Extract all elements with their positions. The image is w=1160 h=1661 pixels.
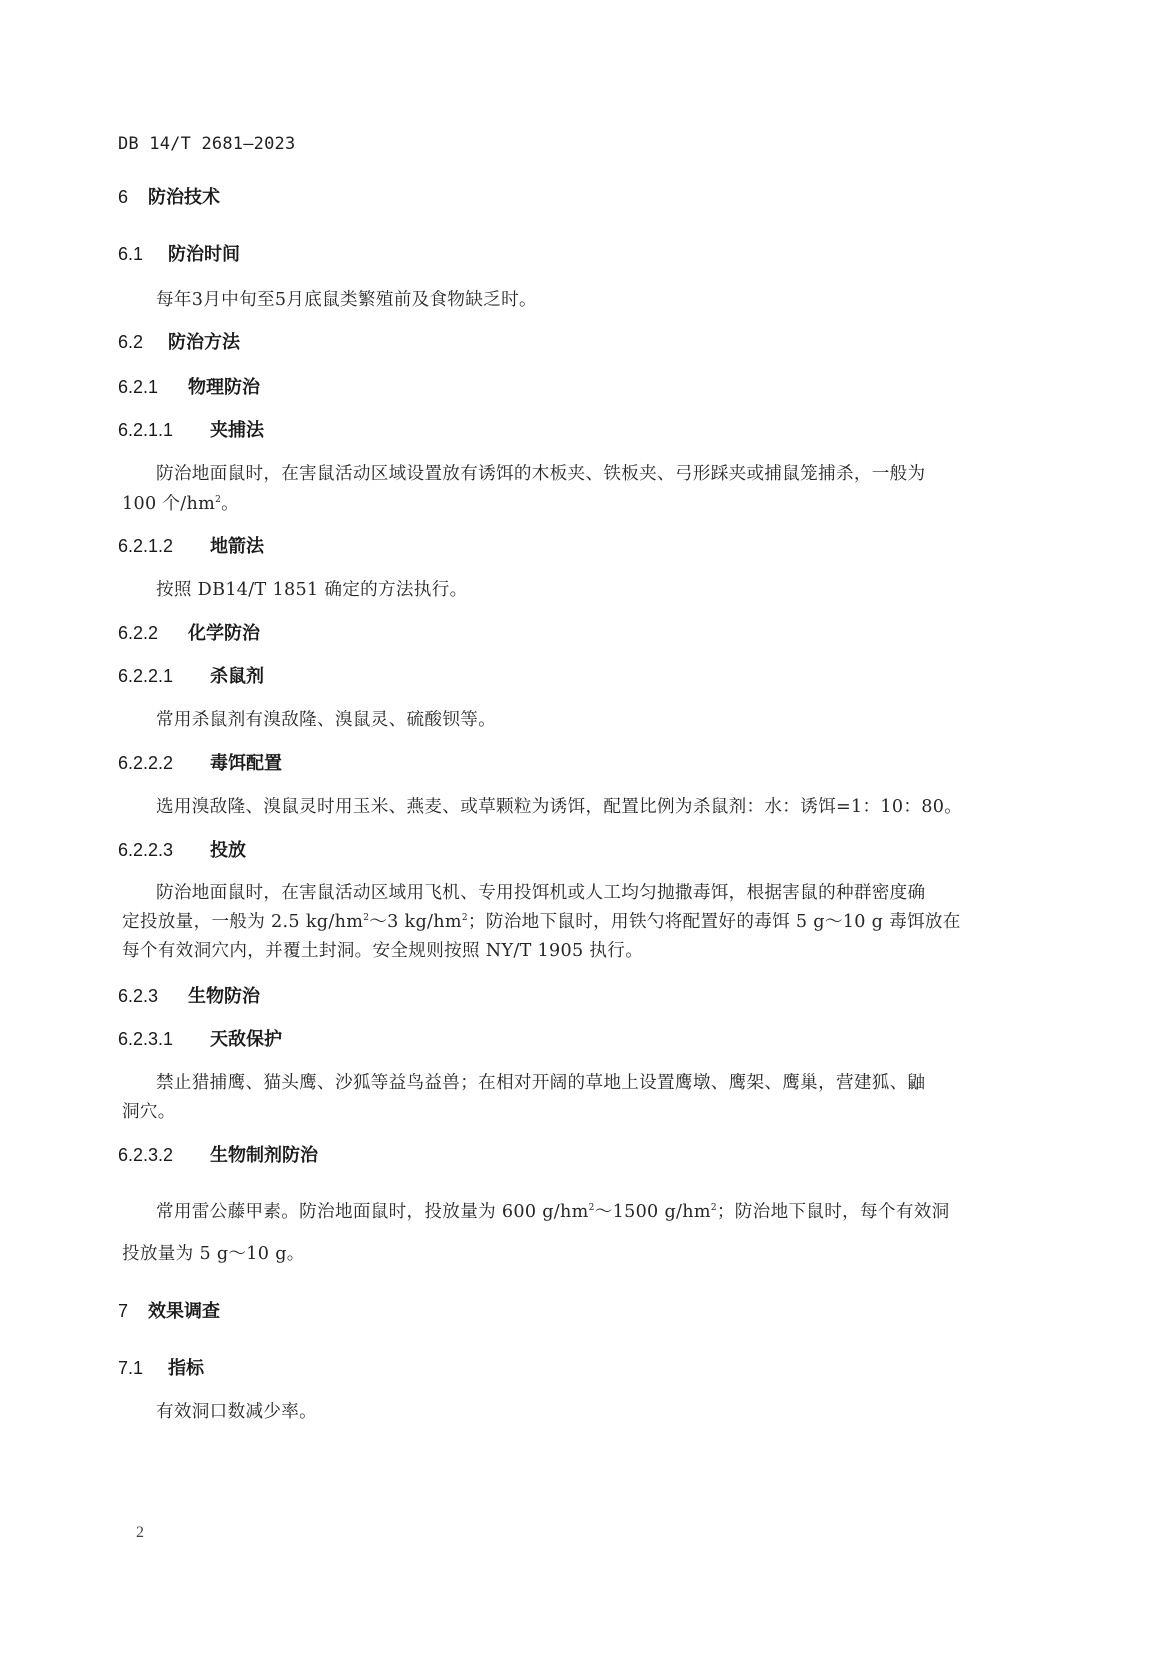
body-text: ～1500 g/hm	[595, 1202, 711, 1222]
section-number: 6.2.3.2	[118, 1145, 210, 1166]
section-title: 指标	[168, 1358, 204, 1379]
body-text: 定投放量，一般为 2.5 kg/hm	[122, 912, 363, 932]
section-number: 6.2.1.1	[118, 420, 210, 441]
section-6-1-body: 每年3月中旬至5月底鼠类繁殖前及食物缺乏时。	[156, 286, 537, 311]
section-title: 效果调查	[148, 1301, 220, 1322]
section-6-2-3-2-body-line-1: 常用雷公藤甲素。防治地面鼠时，投放量为 600 g/hm2～1500 g/hm2…	[156, 1198, 950, 1223]
section-title: 物理防治	[188, 377, 260, 398]
section-number: 6	[118, 187, 148, 208]
body-text: 。	[221, 494, 239, 514]
section-number: 7	[118, 1301, 148, 1322]
section-6-2-2-3-body-line-1: 防治地面鼠时，在害鼠活动区域用飞机、专用投饵机或人工均匀抛撒毒饵，根据害鼠的种群…	[156, 879, 925, 904]
body-text: ；防治地下鼠时，用铁勺将配置好的毒饵 5 g～10 g 毒饵放在	[468, 912, 961, 932]
section-title: 天敌保护	[210, 1029, 282, 1050]
section-6-2-1-2-heading: 6.2.1.2地箭法	[118, 532, 264, 558]
body-text: 防治地面鼠时，在害鼠活动区域设置放有诱饵的木板夹、铁板夹、弓形踩夹或捕鼠笼捕杀，…	[156, 464, 925, 484]
section-7-1-body: 有效洞口数减少率。	[156, 1398, 317, 1423]
section-6-2-3-2-heading: 6.2.3.2生物制剂防治	[118, 1141, 318, 1167]
section-6-2-2-heading: 6.2.2化学防治	[118, 619, 260, 645]
section-number: 6.1	[118, 244, 168, 265]
section-6-2-1-2-body: 按照 DB14/T 1851 确定的方法执行。	[156, 576, 467, 601]
section-6-2-3-heading: 6.2.3生物防治	[118, 982, 260, 1008]
section-number: 6.2	[118, 332, 168, 353]
section-number: 6.2.2.1	[118, 666, 210, 687]
section-title: 杀鼠剂	[210, 666, 264, 687]
section-6-2-2-1-body: 常用杀鼠剂有溴敌隆、溴鼠灵、硫酸钡等。	[156, 706, 496, 731]
section-6-2-3-2-body-line-2: 投放量为 5 g～10 g。	[122, 1240, 305, 1265]
body-text: ；防治地下鼠时，每个有效洞	[717, 1202, 950, 1222]
section-7-heading: 7效果调查	[118, 1297, 220, 1323]
section-6-2-3-1-body-line-2: 洞穴。	[122, 1098, 176, 1123]
section-title: 毒饵配置	[210, 753, 282, 774]
section-6-2-2-1-heading: 6.2.2.1杀鼠剂	[118, 662, 264, 688]
section-title: 夹捕法	[210, 420, 264, 441]
document-page: DB 14/T 2681—2023 6防治技术 6.1防治时间 每年3月中旬至5…	[0, 0, 1160, 1661]
section-7-1-heading: 7.1指标	[118, 1354, 204, 1380]
section-title: 地箭法	[210, 536, 264, 557]
section-6-2-2-2-body: 选用溴敌隆、溴鼠灵时用玉米、燕麦、或草颗粒为诱饵，配置比例为杀鼠剂：水：诱饵=1…	[156, 793, 962, 818]
section-6-2-1-1-body-line-1: 防治地面鼠时，在害鼠活动区域设置放有诱饵的木板夹、铁板夹、弓形踩夹或捕鼠笼捕杀，…	[156, 460, 990, 485]
section-6-2-2-3-body-line-3: 每个有效洞穴内，并覆土封洞。安全规则按照 NY/T 1905 执行。	[122, 937, 643, 962]
section-title: 防治方法	[168, 332, 240, 353]
section-number: 6.2.2.3	[118, 840, 210, 861]
body-text: ～3 kg/hm	[369, 912, 462, 932]
page-number: 2	[136, 1524, 144, 1542]
section-6-2-1-heading: 6.2.1物理防治	[118, 373, 260, 399]
section-number: 6.2.2.2	[118, 753, 210, 774]
section-number: 6.2.3.1	[118, 1029, 210, 1050]
section-number: 6.2.1	[118, 377, 188, 398]
section-title: 生物制剂防治	[210, 1145, 318, 1166]
section-6-2-2-3-heading: 6.2.2.3投放	[118, 836, 246, 862]
section-6-2-2-3-body-line-2: 定投放量，一般为 2.5 kg/hm2～3 kg/hm2；防治地下鼠时，用铁勺将…	[122, 908, 961, 933]
section-number: 6.2.2	[118, 623, 188, 644]
section-6-2-heading: 6.2防治方法	[118, 328, 240, 354]
section-6-2-1-1-heading: 6.2.1.1夹捕法	[118, 416, 264, 442]
section-number: 6.2.3	[118, 986, 188, 1007]
section-6-2-1-1-body-line-2: 100 个/hm2。	[122, 490, 239, 515]
section-title: 生物防治	[188, 986, 260, 1007]
section-title: 防治技术	[148, 187, 220, 208]
section-6-2-2-2-heading: 6.2.2.2毒饵配置	[118, 749, 282, 775]
section-number: 6.2.1.2	[118, 536, 210, 557]
document-header-code: DB 14/T 2681—2023	[118, 134, 295, 154]
section-6-2-3-1-heading: 6.2.3.1天敌保护	[118, 1025, 282, 1051]
section-number: 7.1	[118, 1358, 168, 1379]
section-6-2-3-1-body-line-1: 禁止猎捕鹰、猫头鹰、沙狐等益鸟益兽；在相对开阔的草地上设置鹰墩、鹰架、鹰巢，营建…	[156, 1069, 925, 1094]
section-6-heading: 6防治技术	[118, 183, 220, 209]
section-title: 化学防治	[188, 623, 260, 644]
body-text: 100 个/hm	[122, 494, 215, 514]
section-title: 投放	[210, 840, 246, 861]
body-text: 常用雷公藤甲素。防治地面鼠时，投放量为 600 g/hm	[156, 1202, 589, 1222]
section-6-1-heading: 6.1防治时间	[118, 240, 240, 266]
section-title: 防治时间	[168, 244, 240, 265]
